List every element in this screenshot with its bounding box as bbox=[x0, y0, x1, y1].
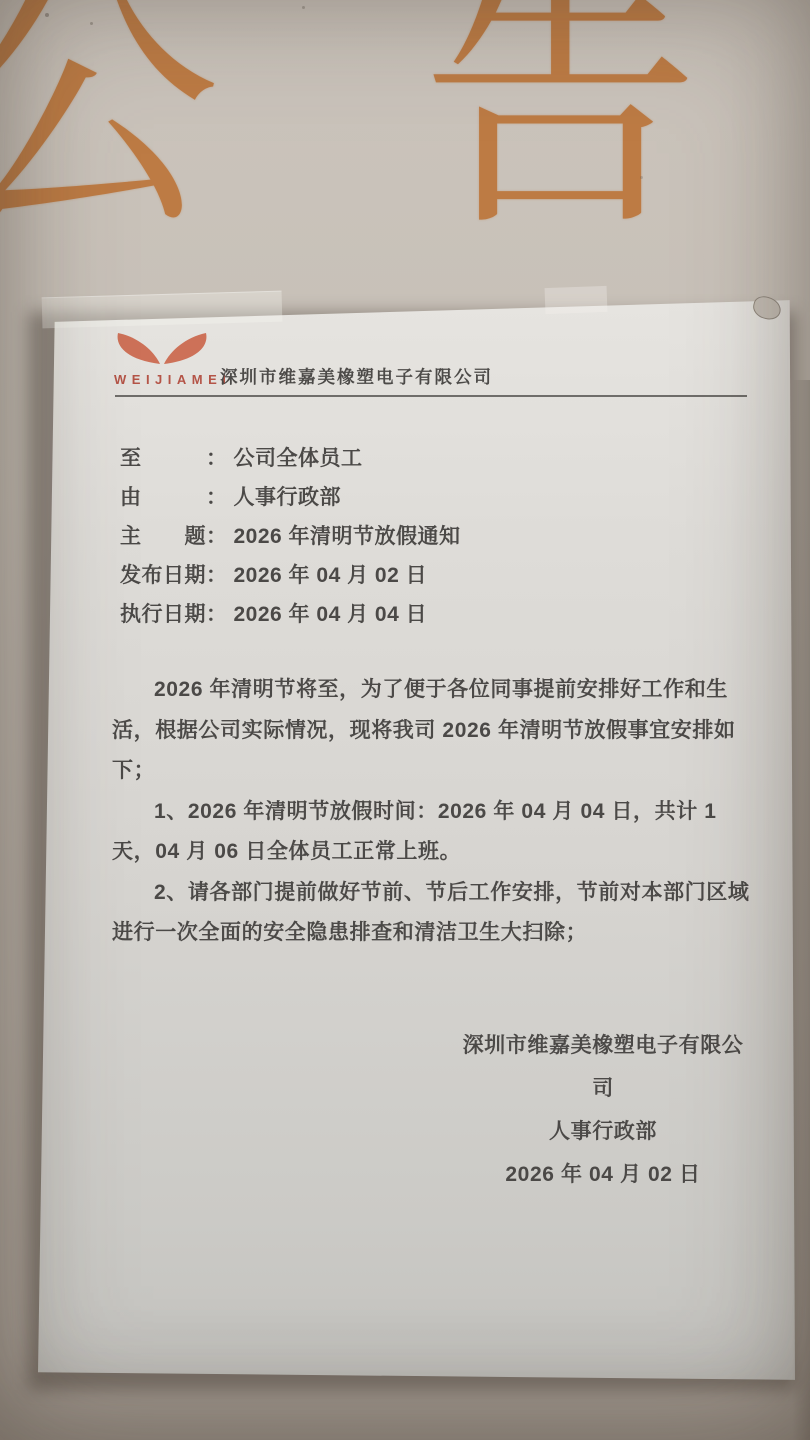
wall-speck bbox=[45, 13, 49, 17]
notice-document: WEIJIAMEI 深圳市维嘉美橡塑电子有限公司 至：公司全体员工 由：人事行政… bbox=[38, 298, 795, 1382]
wall-speck bbox=[302, 6, 305, 9]
meta-colon: ： bbox=[206, 598, 228, 628]
letterhead-company-name: 深圳市维嘉美橡塑电子有限公司 bbox=[220, 364, 493, 389]
meta-label: 由 bbox=[120, 481, 206, 511]
signature-company: 深圳市维嘉美橡塑电子有限公司 bbox=[457, 1024, 749, 1110]
wall-speck bbox=[640, 176, 643, 179]
meta-row-from: 由：人事行政部 bbox=[120, 477, 461, 516]
meta-fields: 至：公司全体员工 由：人事行政部 主题：2026 年清明节放假通知 发布日期：2… bbox=[120, 438, 461, 632]
weijiamei-logo-icon bbox=[114, 332, 210, 368]
meta-value: 2026 年 04 月 04 日 bbox=[234, 598, 428, 628]
wall-shadow-band bbox=[792, 380, 810, 1440]
board-title: 公 告 栏 bbox=[0, 0, 810, 262]
meta-value: 2026 年清明节放假通知 bbox=[234, 520, 461, 550]
brand-wordmark: WEIJIAMEI bbox=[114, 372, 231, 387]
meta-row-to: 至：公司全体员工 bbox=[120, 438, 461, 477]
letterhead-rule bbox=[115, 395, 747, 397]
meta-row-subject: 主题：2026 年清明节放假通知 bbox=[120, 516, 461, 555]
meta-row-publish-date: 发布日期：2026 年 04 月 02 日 bbox=[120, 554, 461, 593]
meta-colon: ： bbox=[206, 520, 228, 550]
meta-value: 公司全体员工 bbox=[234, 442, 363, 472]
signature-date: 2026 年 04 月 02 日 bbox=[457, 1153, 749, 1196]
bulletin-board-photo: { "scene": { "board_title": "公 告 栏" }, "… bbox=[0, 0, 810, 1440]
notice-body: 2026 年清明节将至，为了便于各位同事提前安排好工作和生活，根据公司实际情况，… bbox=[112, 670, 754, 954]
signature-department: 人事行政部 bbox=[457, 1110, 749, 1153]
signature-block: 深圳市维嘉美橡塑电子有限公司 人事行政部 2026 年 04 月 02 日 bbox=[457, 1024, 749, 1196]
paragraph-item-2: 2、请各部门提前做好节前、节后工作安排，节前对本部门区域进行一次全面的安全隐患排… bbox=[112, 873, 754, 954]
meta-colon: ： bbox=[206, 481, 228, 511]
meta-row-effective-date: 执行日期：2026 年 04 月 04 日 bbox=[120, 593, 461, 632]
meta-value: 2026 年 04 月 02 日 bbox=[234, 559, 428, 589]
meta-colon: ： bbox=[206, 559, 228, 589]
meta-label: 至 bbox=[120, 442, 206, 472]
meta-label: 执行日期 bbox=[120, 598, 206, 628]
meta-label: 发布日期 bbox=[120, 559, 206, 589]
paragraph-intro: 2026 年清明节将至，为了便于各位同事提前安排好工作和生活，根据公司实际情况，… bbox=[112, 670, 754, 792]
wall-speck bbox=[90, 22, 93, 25]
paragraph-item-1: 1、2026 年清明节放假时间：2026 年 04 月 04 日，共计 1 天，… bbox=[112, 792, 754, 873]
meta-colon: ： bbox=[206, 442, 228, 472]
meta-label: 主题 bbox=[120, 520, 206, 550]
tape-strip bbox=[545, 286, 608, 314]
meta-value: 人事行政部 bbox=[234, 481, 342, 511]
notice-paper: WEIJIAMEI 深圳市维嘉美橡塑电子有限公司 至：公司全体员工 由：人事行政… bbox=[38, 298, 795, 1382]
